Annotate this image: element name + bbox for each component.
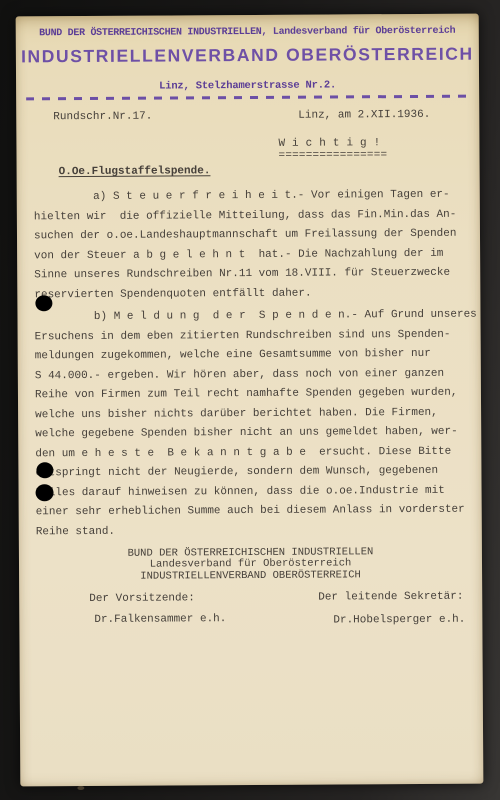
letterhead-dashed-rule — [26, 95, 468, 101]
typed-line: meldungen zugekommen, welche eine Gesamt… — [35, 345, 475, 367]
important-underline: ================ — [278, 149, 387, 162]
typed-line: den um e h e s t e B e k a n n t g a b e… — [35, 442, 475, 464]
chairman-role: Der Vorsitzende: — [89, 592, 195, 605]
letterhead-org-line: BUND DER ÖSTERREICHISCHEN INDUSTRIELLEN,… — [16, 26, 479, 40]
typed-line: einer sehr erheblichen Summe auch bei di… — [36, 501, 476, 523]
typed-line: Falles darauf hinweisen zu können, dass … — [36, 481, 476, 503]
letterhead-address: Linz, Stelzhamerstrasse Nr.2. — [16, 79, 479, 94]
scan-background: { "letterhead": { "line1": "BUND DER ÖST… — [0, 0, 500, 800]
hole-punch — [36, 462, 53, 478]
typed-line: Ersuchens in dem eben zitierten Rundschr… — [35, 325, 475, 347]
typed-line: hielten wir die offizielle Mitteilung, d… — [34, 205, 474, 227]
typed-line: suchen der o.oe.Landeshauptmannschaft um… — [34, 225, 474, 247]
paper-blemish — [77, 786, 84, 790]
paragraph-b: b) M e l d u n g d e r S p e n d e n.- A… — [34, 306, 475, 543]
typed-line: entspringt nicht der Neugierde, sondern … — [35, 462, 475, 484]
typed-line: von der Steuer a b g e l e h n t hat.- D… — [34, 244, 474, 266]
hole-punch — [35, 295, 52, 311]
typed-line: Sinne unseres Rundschreiben Nr.11 vom 18… — [34, 264, 474, 286]
letterhead-title: INDUSTRIELLENVERBAND OBERÖSTERREICH — [16, 44, 479, 68]
typed-line: welche gegebene Spenden bisher nicht an … — [35, 423, 475, 445]
typed-line: a) S t e u e r f r e i h e i t.- Vor ein… — [34, 186, 474, 208]
subject-line: O.Oe.Flugstaffelspende. — [59, 165, 211, 178]
typed-line: reservierten Spendenquoten entfällt dahe… — [34, 283, 474, 305]
hole-punch — [36, 484, 54, 501]
secretary-role: Der leitende Sekretär: — [318, 591, 463, 604]
paragraph-a: a) S t e u e r f r e i h e i t.- Vor ein… — [34, 186, 475, 306]
circular-number: Rundschr.Nr.17. — [53, 111, 152, 124]
signature-org-line3: INDUSTRIELLENVERBAND OBERÖSTERREICH — [19, 569, 482, 583]
secretary-name: Dr.Hobelsperger e.h. — [333, 614, 465, 627]
dateline: Linz, am 2.XII.1936. — [298, 109, 430, 122]
typed-line: S 44.000.- ergeben. Wir hören aber, dass… — [35, 364, 475, 386]
letter-body: a) S t e u e r f r e i h e i t.- Vor ein… — [34, 186, 476, 543]
document-page: BUND DER ÖSTERREICHISCHEN INDUSTRIELLEN,… — [16, 14, 484, 787]
important-label: W i c h t i g ! — [278, 137, 380, 150]
chairman-name: Dr.Falkensammer e.h. — [94, 613, 226, 626]
typed-line: welche uns bisher nichts darüber bericht… — [35, 403, 475, 425]
typed-line: Reihe von Firmen zum Teil recht namhafte… — [35, 384, 475, 406]
typed-line: b) M e l d u n g d e r S p e n d e n.- A… — [34, 306, 474, 328]
typed-line: Reihe stand. — [36, 520, 476, 542]
signature-org-block: BUND DER ÖSTERREICHISCHEN INDUSTRIELLEN … — [19, 547, 482, 584]
